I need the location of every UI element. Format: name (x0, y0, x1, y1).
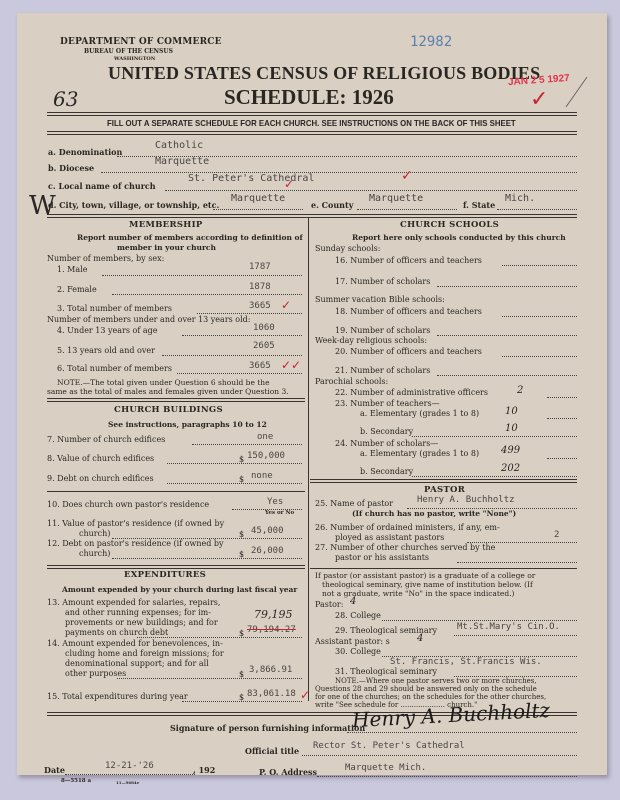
county-label: e. County (311, 200, 353, 210)
schools-intro: Report here only schools conducted by th… (352, 233, 566, 242)
pastor-label: Pastor: (315, 600, 343, 609)
q1-label: 1. Male (57, 265, 87, 274)
department-name: DEPARTMENT OF COMMERCE (60, 37, 222, 47)
q16-label: 16. Number of officers and teachers (335, 256, 482, 265)
pastor-mark: 4 (350, 596, 356, 607)
fill-line (137, 637, 302, 638)
fill-line (547, 418, 577, 419)
address-value[interactable]: Marquette Mich. (345, 763, 426, 773)
q1-value[interactable]: 1787 (249, 262, 271, 272)
q11-value[interactable]: 45,000 (251, 526, 284, 536)
fill-line (101, 172, 577, 173)
fill-line (117, 678, 302, 679)
q8-label: 8. Value of church edifices (47, 454, 154, 463)
q24a-value[interactable]: 499 (501, 445, 520, 456)
divider (47, 214, 577, 218)
fill-line (167, 483, 302, 484)
q13-label-3: provements or new buildings; and for (65, 618, 218, 627)
date-value[interactable]: 12-21-'26 (105, 761, 154, 771)
fill-line (437, 335, 577, 336)
q15-label: 15. Total expenditures during year (47, 692, 188, 701)
fill-line (547, 397, 577, 398)
q5-value[interactable]: 2605 (253, 341, 275, 351)
red-check-icon: ✓ (284, 177, 294, 191)
currency-symbol: $ (239, 693, 244, 702)
q25-label: 25. Name of pastor (315, 499, 393, 508)
q11-label-2: church) (79, 529, 110, 538)
q30-label: 30. College (335, 647, 381, 656)
form-code: 8—5518 a (61, 778, 91, 784)
fill-line (347, 732, 577, 733)
diocese-value[interactable]: Marquette (155, 156, 209, 167)
currency-symbol: $ (239, 530, 244, 539)
q13-label: 13. Amount expended for salaries, repair… (47, 598, 220, 607)
parochial-schools-label: Parochial schools: (315, 377, 388, 386)
column-divider (308, 217, 309, 701)
q14-value[interactable]: 3,866.91 (249, 665, 292, 675)
assistant-pastor-label: Assistant pastor: s (315, 637, 390, 646)
q13-label-2: and other running expenses; for im- (65, 608, 211, 617)
state-value[interactable]: Mich. (505, 193, 535, 204)
expenditures-intro: Amount expended by your church during la… (62, 585, 297, 594)
q24a-label: a. Elementary (grades 1 to 8) (360, 449, 479, 458)
city-name: WASHINGTON (114, 56, 155, 62)
county-value[interactable]: Marquette (369, 193, 423, 204)
q25-value[interactable]: Henry A. Buchholtz (417, 495, 515, 505)
summer-schools-label: Summer vacation Bible schools: (315, 295, 445, 304)
signature-label: Signature of person furnishing informati… (170, 723, 365, 733)
divider (47, 398, 305, 402)
q22-value[interactable]: 2 (517, 385, 523, 396)
q31-value[interactable]: St. Francis, St.Francis Wis. (390, 657, 542, 667)
divider (47, 491, 305, 492)
q22-label: 22. Number of administrative officers (335, 388, 488, 397)
red-check-icon: ✓✓ (281, 358, 301, 372)
margin-mark-number: 63 (53, 87, 78, 111)
q2-label: 2. Female (57, 285, 97, 294)
q7-value[interactable]: one (257, 432, 273, 442)
state-label: f. State (463, 200, 495, 210)
fill-line (502, 265, 577, 266)
fill-line (165, 190, 577, 191)
fill-line (502, 356, 577, 357)
q9-label: 9. Debt on church edifices (47, 474, 154, 483)
q12-value[interactable]: 26,000 (251, 546, 284, 556)
date-suffix: , 192 (193, 765, 215, 775)
fill-line (454, 635, 577, 636)
expenditures-heading: EXPENDITURES (124, 570, 206, 580)
q14-label-3: denominational support; and for all (65, 659, 209, 668)
q12-label-2: church) (79, 549, 110, 558)
church-name-value[interactable]: St. Peter's Cathedral (188, 173, 314, 184)
serial-number: 12982 (410, 34, 452, 50)
fill-line (182, 335, 302, 336)
fill-line (357, 209, 457, 210)
q2-value[interactable]: 1878 (249, 282, 271, 292)
q10-label: 10. Does church own pastor's residence (47, 500, 209, 509)
print-code: 11—9684e (116, 780, 139, 785)
schedule-subtitle: SCHEDULE: 1926 (224, 85, 394, 110)
q3-label: 3. Total number of members (57, 304, 172, 313)
q6-value[interactable]: 3665 (249, 361, 271, 371)
q5-label: 5. 13 years old and over (57, 346, 155, 355)
currency-symbol: $ (239, 550, 244, 559)
membership-note: NOTE.—The total given under Question 6 s… (57, 378, 270, 387)
q27-label: 27. Number of other churches served by t… (315, 543, 495, 552)
currency-symbol: $ (239, 455, 244, 464)
q18-label: 18. Number of officers and teachers (335, 307, 482, 316)
q27-label-2: pastor or his assistants (335, 553, 429, 562)
city-value[interactable]: Marquette (231, 193, 285, 204)
yes-no-hint: Yes or No (265, 510, 294, 516)
weekday-schools-label: Week-day religious schools: (315, 336, 427, 345)
buildings-intro: See instructions, paragraphs 10 to 12 (108, 420, 267, 429)
membership-note-2: same as the total of males and females g… (47, 387, 289, 396)
currency-symbol: $ (239, 629, 244, 638)
q26-value[interactable]: 2 (554, 530, 559, 540)
instructions-banner: FILL OUT A SEPARATE SCHEDULE FOR EACH CH… (107, 118, 516, 128)
q23b-label: b. Secondary (360, 427, 413, 436)
q13-label-4: payments on church debt (65, 628, 168, 637)
sunday-schools-label: Sunday schools: (315, 244, 380, 253)
pencil-stroke-icon (565, 77, 617, 107)
fill-line (112, 294, 302, 295)
buildings-heading: CHURCH BUILDINGS (114, 405, 223, 415)
fill-line (102, 275, 302, 276)
fill-line (317, 776, 577, 777)
q31-label: 31. Theological seminary (335, 667, 437, 676)
pastor-heading: PASTOR (424, 485, 465, 495)
q8-value[interactable]: 150,000 (247, 451, 285, 461)
q17-label: 17. Number of scholars (335, 277, 430, 286)
official-title-value[interactable]: Rector St. Peter's Cathedral (313, 741, 465, 751)
q13-struck-value: 79,194.27 (247, 625, 296, 635)
red-check-icon: ✓ (281, 298, 291, 312)
q23a-value[interactable]: 10 (505, 406, 518, 417)
q26-label: 26. Number of ordained ministers, if any… (315, 523, 500, 532)
q29-value[interactable]: Mt.St.Mary's Cin.O. (457, 622, 560, 632)
address-label: P. O. Address (259, 767, 317, 777)
currency-symbol: $ (239, 670, 244, 679)
fill-line (437, 375, 577, 376)
q4-label: 4. Under 13 years of age (57, 326, 157, 335)
church-name-label: c. Local name of church (48, 181, 156, 191)
q6-label: 6. Total number of members (57, 364, 172, 373)
q13-corrected-value[interactable]: 79,195 (254, 608, 293, 621)
fill-line (167, 463, 302, 464)
q21-label: 21. Number of scholars (335, 366, 430, 375)
fill-line (112, 558, 302, 559)
red-check-icon: ✓ (530, 87, 548, 112)
membership-intro-2: member in your church (117, 243, 216, 252)
fill-line (213, 209, 303, 210)
q26-label-2: ployed as assistant pastors (335, 533, 444, 542)
q24b-value[interactable]: 202 (501, 463, 520, 474)
official-title-label: Official title (245, 746, 299, 756)
q11-label: 11. Value of pastor's residence (if owne… (47, 519, 224, 528)
diocese-label: b. Diocese (48, 163, 94, 173)
schools-heading: CHURCH SCHOOLS (400, 220, 499, 230)
q24-label: 24. Number of scholars— (335, 439, 438, 448)
q15-value[interactable]: 83,061.18 (247, 689, 296, 699)
q28-label: 28. College (335, 611, 381, 620)
red-check-icon: ✓ (401, 168, 413, 184)
census-schedule-form: DEPARTMENT OF COMMERCE BUREAU OF THE CEN… (17, 13, 607, 775)
fill-line (547, 458, 577, 459)
fill-line (457, 562, 577, 563)
q19-label: 19. Number of scholars (335, 326, 430, 335)
denomination-label: a. Denomination (48, 147, 122, 157)
q23b-value[interactable]: 10 (505, 423, 518, 434)
by-sex-label: Number of members, by sex: (47, 254, 164, 263)
page-title: UNITED STATES CENSUS OF RELIGIOUS BODIES (108, 63, 540, 84)
membership-intro: Report number of members according to de… (77, 233, 303, 242)
red-check-icon: ✓ (300, 688, 310, 702)
fill-line (177, 373, 302, 374)
fill-line (497, 209, 577, 210)
fill-line (192, 444, 302, 445)
q14-label-2: cluding home and foreign missions; for (65, 649, 224, 658)
city-label: d. City, town, village, or township, etc… (48, 200, 219, 210)
fill-line (197, 313, 302, 314)
membership-heading: MEMBERSHIP (129, 220, 203, 230)
q12-label: 12. Debt on pastor's residence (if owned… (47, 539, 224, 548)
by-age-label: Number of members under and over 13 year… (47, 315, 250, 324)
fill-line (437, 286, 577, 287)
fill-line (412, 436, 577, 437)
q24b-label: b. Secondary (360, 467, 413, 476)
q14-label: 14. Amount expended for benevolences, in… (47, 639, 223, 648)
q3-value[interactable]: 3665 (249, 301, 271, 311)
bureau-name: BUREAU OF THE CENSUS (84, 48, 173, 55)
graduate-note: If pastor (or assistant pastor) is a gra… (315, 571, 535, 580)
fill-line (65, 774, 195, 775)
divider (310, 568, 577, 569)
assistant-pastor-mark: 4 (417, 633, 423, 644)
q7-label: 7. Number of church edifices (47, 435, 165, 444)
q10-value[interactable]: Yes (267, 497, 283, 507)
q4-value[interactable]: 1060 (253, 323, 275, 333)
fill-line (502, 316, 577, 317)
divider (47, 565, 305, 569)
q23a-label: a. Elementary (grades 1 to 8) (360, 409, 479, 418)
divider (310, 479, 577, 483)
denomination-value[interactable]: Catholic (155, 140, 203, 151)
fill-line (382, 620, 577, 621)
q9-value[interactable]: none (251, 471, 273, 481)
fill-line (412, 476, 577, 477)
fill-line (302, 755, 577, 756)
fill-line (162, 355, 302, 356)
q20-label: 20. Number of officers and teachers (335, 347, 482, 356)
date-label: Date (44, 765, 65, 775)
currency-symbol: $ (239, 475, 244, 484)
q25-hint: (If church has no pastor, write "None") (352, 509, 516, 518)
divider (47, 112, 577, 116)
q14-label-4: other purposes (65, 669, 126, 678)
q23-label: 23. Number of teachers— (335, 399, 440, 408)
graduate-note-2: theological seminary, give name of insti… (322, 580, 533, 589)
divider (47, 131, 577, 135)
